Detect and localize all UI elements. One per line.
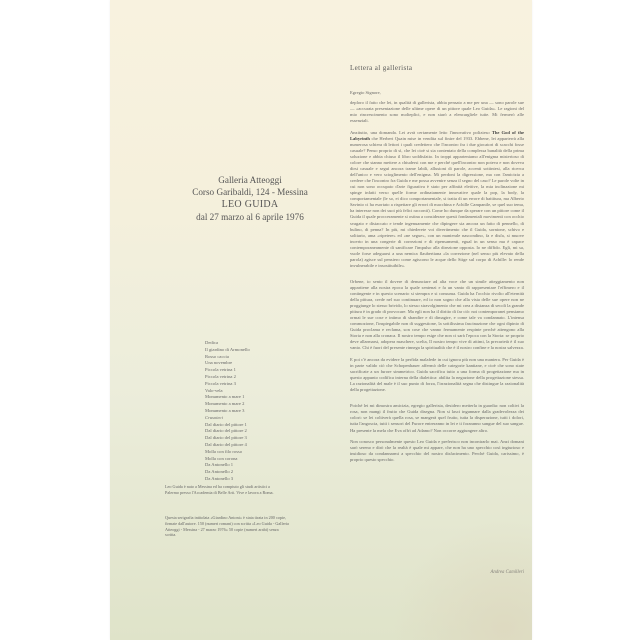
letter-signature: Andrea Camilleri <box>410 570 524 575</box>
letter-salutation: Egregio Signore, <box>350 90 524 96</box>
work-title: Piccola vetrina 3 <box>205 381 250 388</box>
work-title: Il giardino di Armonello <box>205 347 250 354</box>
exhibition-dates: dal 27 marzo al 6 aprile 1976 <box>168 211 332 223</box>
print-colophon: Questa serigrafia intitolata «Giardino A… <box>165 515 290 538</box>
work-title: Rosso caccia <box>205 354 250 361</box>
letter-paragraph: Non conosco personalmente questo Leo Gui… <box>350 439 524 463</box>
artist-bio: Leo Guida è nato a Messina ed ha compiut… <box>165 484 280 496</box>
work-title: Crusoteci <box>205 415 250 422</box>
works-list: DedicaIl giardino di ArmonelloRosso cacc… <box>205 340 250 483</box>
work-title: Monumento a mare 1 <box>205 394 250 401</box>
letter-paragraph: deploro il fatto che lei, in qualità di … <box>350 100 524 124</box>
exhibition-info: Galleria Atteoggi Corso Garibaldi, 124 -… <box>168 174 332 224</box>
letter-title: Lettera al gallerista <box>350 64 412 72</box>
work-title: Da Antonello 1 <box>205 462 250 469</box>
work-title: Molla con filo rosso <box>205 449 250 456</box>
book-title: The God of the Labyrinth <box>350 130 524 141</box>
gallery-address: Corso Garibaldi, 124 - Messina <box>168 186 332 198</box>
work-title: Monumento a mare 3 <box>205 408 250 415</box>
work-title: Piccola vetrina 2 <box>205 374 250 381</box>
work-title: Monumento a mare 2 <box>205 401 250 408</box>
work-title: Dal diario del pittore 3 <box>205 435 250 442</box>
letter-paragraph: Anzitutto, una domanda. Lei avrà certame… <box>350 130 524 269</box>
work-title: Dal diario del pittore 2 <box>205 428 250 435</box>
work-title: Da Antonello 2 <box>205 469 250 476</box>
letter-paragraph: Poiché lei mi dimostra amicizia, egregio… <box>350 403 524 433</box>
work-title: Valo-vela <box>205 388 250 395</box>
letter-paragraph: Orbene, io sento il dovere di denunciare… <box>350 279 524 352</box>
artist-name: LEO GUIDA <box>168 199 332 211</box>
work-title: Piccola vetrina 1 <box>205 367 250 374</box>
work-title: Una novembre <box>205 360 250 367</box>
work-title: Dal diario del pittore 1 <box>205 422 250 429</box>
work-title: Molla con corona <box>205 456 250 463</box>
work-title: Da Antonello 3 <box>205 476 250 483</box>
letter-body: Egregio Signore, deploro il fatto che le… <box>350 90 524 469</box>
poster-sheet: Galleria Atteoggi Corso Garibaldi, 124 -… <box>110 0 532 640</box>
gallery-name: Galleria Atteoggi <box>168 174 332 186</box>
work-title: Dedica <box>205 340 250 347</box>
letter-paragraph: E poi c'è ancora da evidere la perfida m… <box>350 357 524 393</box>
work-title: Dal diario del pittore 4 <box>205 442 250 449</box>
